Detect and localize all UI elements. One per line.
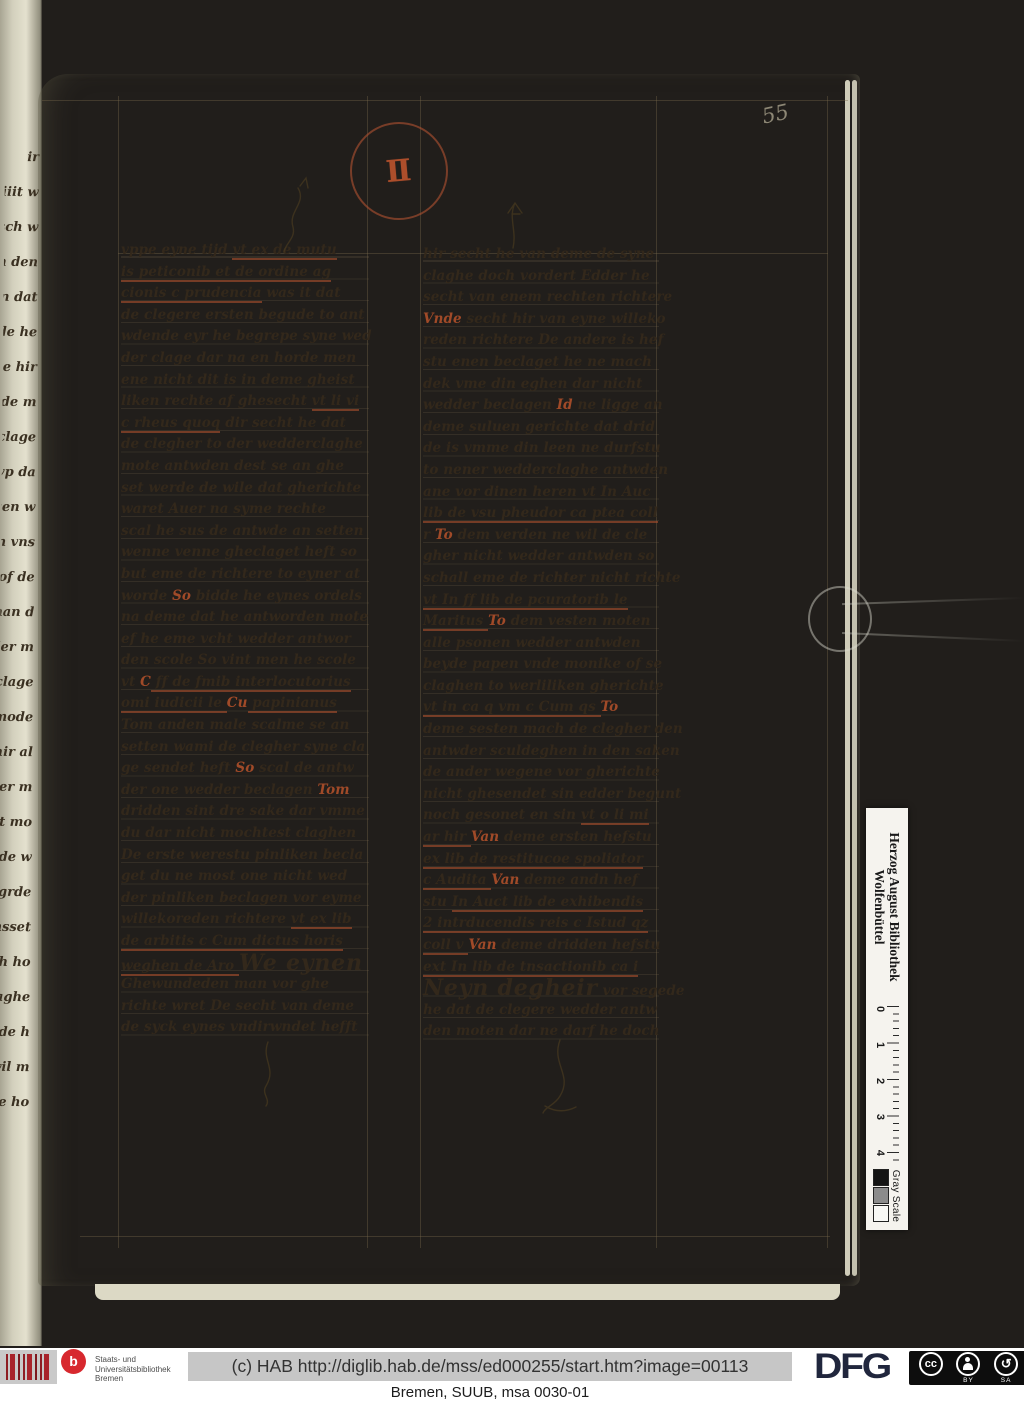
edge-text-fragment: er mode <box>0 699 33 736</box>
footer-bar: b Staats- und Universitätsbibliothek Bre… <box>0 1348 1024 1409</box>
manuscript-text-line: ex lib de restitucoe spoliator <box>423 849 659 871</box>
digitized-manuscript-scan: irii iiit wghesch wde van denmen datmo d… <box>0 0 1024 1409</box>
manuscript-text-line: c rheus quoq dir secht he dat <box>121 413 369 435</box>
manuscript-text-line: schall eme de richter nicht richte <box>423 568 659 590</box>
edge-text-fragment: begrde <box>0 874 32 911</box>
manuscript-text-line: deme sesten mach de clegher den <box>423 719 659 741</box>
page-holder-clip <box>808 586 872 652</box>
manuscript-text-line: De erste werestu pinliken becla <box>121 845 369 867</box>
bremen-barcode-icon <box>6 1354 52 1380</box>
edge-text-fragment: dat mo <box>0 804 32 841</box>
edge-text-fragment: mo de he <box>0 314 37 351</box>
light-streak <box>842 632 1024 642</box>
edge-text-fragment: all dder m <box>0 769 33 806</box>
manuscript-text-line: ene nicht dit is in deme gheist <box>121 370 369 392</box>
manuscript-text-line: secht van enem rechten richtere <box>423 287 659 309</box>
ruler-ticks <box>888 1006 900 1164</box>
edge-text-fragment: de clage <box>0 664 34 701</box>
manuscript-text-line: worde So bidde he eynes ordels <box>121 586 369 608</box>
manuscript-text-line: lib de vsu pheudor ca ptea coll <box>423 503 659 525</box>
manuscript-text-line: ar hir Van deme ersten hefstu <box>423 827 659 849</box>
manuscript-text-line: der pinliken beclagen vor eyme <box>121 888 369 910</box>
edge-text-fragment: desso of de <box>0 559 35 596</box>
manuscript-text-line: Vnde secht hir van eyne willeko <box>423 309 659 331</box>
manuscript-text-line: Ghewundeden man vor ghe <box>121 974 369 996</box>
cc-license-badge: cc BY ↺ SA <box>909 1351 1024 1385</box>
edge-text-fragment: en wil m <box>0 1049 30 1086</box>
manuscript-text-line: noch gesonet en sin vt o li mi <box>423 805 659 827</box>
ruler-numbers: 01234 <box>875 1006 887 1156</box>
manuscript-text-line: coll v Van deme dridden hefstu <box>423 935 659 957</box>
manuscript-text-line: den scole So vint men he scole <box>121 650 369 672</box>
manuscript-text-line: gher nicht wedder antwden so <box>423 546 659 568</box>
manuscript-text-line: omi iudicii le Cu papinianus <box>121 693 369 715</box>
edge-text-fragment: lud de w <box>0 839 32 876</box>
manuscript-text-line: du dar nicht mochtest claghen <box>121 823 369 845</box>
manuscript-text-line: stu In Auct lib de exhibendis <box>423 892 659 914</box>
light-streak <box>842 597 1024 605</box>
edge-text-fragment: hesch ho <box>0 944 31 981</box>
manuscript-text-line: vt in ca q vm c Cum qs To <box>423 697 659 719</box>
edge-text-fragment: an de m <box>0 384 37 421</box>
dfg-logo: DFG <box>814 1349 890 1385</box>
ruling-line <box>42 100 848 101</box>
ruling-line <box>420 96 421 1248</box>
manuscript-text-line: cionis c prudencia was it dat <box>121 283 369 305</box>
manuscript-text-line: waret Auer na syme rechte <box>121 499 369 521</box>
edge-text-fragment: ir <box>0 140 39 175</box>
edge-text-fragment: en man d <box>0 594 34 631</box>
manuscript-text-line: der clage dar na en horde men <box>121 348 369 370</box>
manuscript-text-line: den moten dar ne darf he doch <box>423 1021 659 1043</box>
ruling-line <box>80 1236 830 1237</box>
calibration-strip: Herzog August Bibliothek Wolfenbüttel 01… <box>866 808 908 1230</box>
calibration-ruler: 01234 <box>875 1006 900 1164</box>
gray-scale-label: Gray Scale <box>890 1170 901 1222</box>
manuscript-text-line: wenne venne gheclaget heft so <box>121 542 369 564</box>
manuscript-text-line: ef he eme vcht wedder antwor <box>121 629 369 651</box>
manuscript-text-line: scal he sus de antwde an setten <box>121 521 369 543</box>
edge-text-fragment: de se ho <box>0 1084 29 1121</box>
edge-text-fragment: dussen w <box>0 489 36 526</box>
manuscript-text-line: wedder beclagen Id ne ligge an <box>423 395 659 417</box>
manuscript-text-line: de is vmme din leen ne durfstu <box>423 438 659 460</box>
bremen-library-name: Staats- und Universitätsbibliothek Breme… <box>95 1355 171 1384</box>
manuscript-text-line: nicht ghesendet sin edder begunt <box>423 784 659 806</box>
edge-text-fragment: ghesch w <box>0 209 39 246</box>
edge-text-fragment: on de h <box>0 1014 30 1051</box>
cc-sa-icon: ↺ SA <box>994 1352 1018 1384</box>
edge-text-fragment: wedder m <box>0 629 34 666</box>
edge-text-fragment: derclaghe <box>0 979 30 1016</box>
manuscript-text-line: claghen to werliliken gherichte <box>423 676 659 698</box>
manuscript-text-line: is peticonib et de ordine ag <box>121 262 369 284</box>
underlying-page-edge <box>845 80 850 1276</box>
manuscript-text-line: deme suluen gerichte dat drid <box>423 417 659 439</box>
bremen-logo-block <box>0 1350 57 1384</box>
edge-text-fragment: men dat <box>0 279 38 316</box>
red-roman-numeral-glyph: Ⅱ <box>385 152 413 189</box>
manuscript-text-line: dridden sint dre sake dar vmme <box>121 801 369 823</box>
manuscript-text-line: dek vme din eghen dar nicht <box>423 374 659 396</box>
underlying-page-bottom-edge <box>95 1284 840 1300</box>
manuscript-text-line: claghe doch vordert Edder he <box>423 266 659 288</box>
manuscript-text-line: get du ne most one nicht wed <box>121 866 369 888</box>
edge-text-fragment: se hir al <box>0 734 33 771</box>
manuscript-text-line: de clegere ersten begude to ant <box>121 305 369 327</box>
manuscript-text-line: beyde papen vnde monike of se <box>423 654 659 676</box>
shelfmark-caption: Bremen, SUUB, msa 0030-01 <box>188 1384 792 1401</box>
left-text-column: vppe eyne tijd vt ex de mutuis peticonib… <box>121 240 369 1040</box>
copyright-url-strip: (c) HAB http://diglib.hab.de/mss/ed00025… <box>188 1352 792 1381</box>
manuscript-text-line: liken rechte af ghesecht vt li vi <box>121 391 369 413</box>
cc-icon: cc <box>919 1352 943 1384</box>
edge-text-fragment: din vp da <box>0 454 36 491</box>
red-ink-circle-mark: Ⅱ <box>350 122 448 220</box>
calibration-strip-content: Herzog August Bibliothek Wolfenbüttel 01… <box>866 808 908 1230</box>
manuscript-text-line: ge sendet heft So scal de antw <box>121 758 369 780</box>
manuscript-text-line: r To dem verden ne wil de cle <box>423 525 659 547</box>
cc-by-icon: BY <box>956 1352 980 1384</box>
manuscript-text-line: c Audita Van deme andn hef <box>423 870 659 892</box>
manuscript-text-line: to nener wedderclaghe antwden <box>423 460 659 482</box>
edge-text-fragment: de van den <box>0 244 38 281</box>
edge-text-fragment: ii iiit w <box>0 174 39 211</box>
gray-scale-swatches <box>873 1169 889 1223</box>
manuscript-text-line: alle psonen wedder antwden <box>423 633 659 655</box>
edge-text-fragment: et se clage <box>0 419 36 456</box>
manuscript-text-line: de clegher to der wedderclaghe <box>121 434 369 456</box>
edge-text-fragment: lage hir <box>0 349 37 386</box>
manuscript-text-line: but eme de richtere to eyner at <box>121 564 369 586</box>
manuscript-text-line: willekoreden richtere vt ex lib <box>121 909 369 931</box>
underlying-page-edge <box>852 80 857 1276</box>
manuscript-text-line: he dat de clegere wedder antw <box>423 1000 659 1022</box>
manuscript-text-line: vt C ff de fmib interlocutorius <box>121 672 369 694</box>
ruling-line <box>827 96 828 1248</box>
right-text-column: hir secht he van deme de syneclaghe doch… <box>423 244 659 1044</box>
manuscript-text-line: de ander wegene vor gherichte <box>423 762 659 784</box>
manuscript-text-line: Neyn degheir vor segede <box>423 978 659 1000</box>
manuscript-text-line: stu enen beclaget he ne mach <box>423 352 659 374</box>
gray-scale-patch: Gray Scale <box>873 1164 901 1228</box>
manuscript-text-line: 2 intrducendis reis c Istud qz <box>423 913 659 935</box>
manuscript-text-line: wdende eyr he begrepe syne wed <box>121 326 369 348</box>
manuscript-text-line: vt In ff lib de pcuratorib le <box>423 590 659 612</box>
manuscript-text-line: de syck eynes vndirwndet hefft <box>121 1017 369 1039</box>
manuscript-text-line: na deme dat he antworden mote <box>121 607 369 629</box>
manuscript-text-line: vppe eyne tijd vt ex de mutu <box>121 240 369 262</box>
manuscript-text-line: mote antwden dest se an ghe <box>121 456 369 478</box>
edge-text-fragment: denen vns <box>0 524 35 561</box>
ruling-line <box>118 96 119 1248</box>
manuscript-text-line: antwder sculdeghen in den saken <box>423 741 659 763</box>
manuscript-text-line: Tom anden male scalme se an <box>121 715 369 737</box>
manuscript-text-line: reden richtere De andere is hef <box>423 330 659 352</box>
manuscript-text-line: der one wedder beclagen Tom <box>121 780 369 802</box>
manuscript-text-line: hir secht he van deme de syne <box>423 244 659 266</box>
calibration-owner-label: Herzog August Bibliothek Wolfenbüttel <box>872 808 902 1006</box>
bremen-b-icon: b <box>61 1349 86 1374</box>
manuscript-text-line: richte wret De secht van deme <box>121 996 369 1018</box>
edge-text-fragment: amsset <box>0 909 31 946</box>
manuscript-text-line: ane vor dinen heren vt In Auc <box>423 482 659 504</box>
manuscript-text-line: setten wami de clegher syne cla <box>121 737 369 759</box>
manuscript-text-line: set werde de wile dat gherichte <box>121 478 369 500</box>
manuscript-text-line: Maritus To dem vesten moten <box>423 611 659 633</box>
manuscript-text-line: weghen de Aro We eynen <box>121 953 369 975</box>
